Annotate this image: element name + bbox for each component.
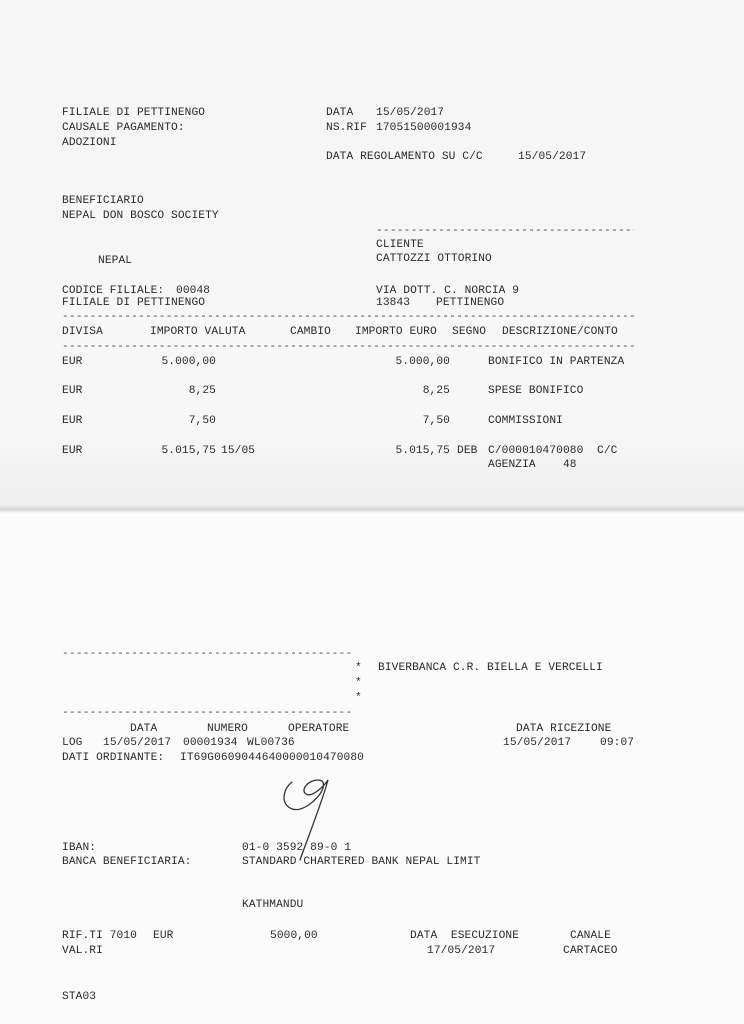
row-importo-valuta: 8,25 — [120, 384, 216, 398]
data-value: 15/05/2017 — [376, 106, 444, 120]
row-descrizione: C/000010470080 C/C — [488, 444, 617, 458]
paper-fold-line — [0, 505, 744, 513]
esecuzione-value: 17/05/2017 — [427, 944, 495, 958]
causale-value: ADOZIONI — [62, 136, 117, 150]
col-descrizione: DESCRIZIONE/CONTO — [502, 325, 618, 339]
cliente-name: CATTOZZI OTTORINO — [376, 252, 492, 266]
col-divisa: DIVISA — [62, 325, 103, 339]
bank-box-star: * — [355, 691, 362, 705]
row-descrizione-2: AGENZIA 48 — [488, 458, 577, 472]
cliente-label: CLIENTE — [376, 238, 424, 252]
banca-value: STANDARD CHARTERED BANK NEPAL LIMIT — [242, 855, 480, 869]
table-top-divider: ----------------------------------------… — [62, 310, 634, 324]
bank-box-bottom-divider: ----------------------------------------… — [62, 706, 362, 720]
iban-label: IBAN: — [62, 841, 96, 855]
cliente-city: PETTINENGO — [436, 296, 504, 310]
nsrif-value: 17051500001934 — [376, 121, 471, 135]
bank-box-star: * — [355, 661, 362, 675]
header-branch: FILIALE DI PETTINENGO — [62, 106, 205, 120]
row-importo-euro: 5.015,75 — [380, 444, 450, 458]
col-segno: SEGNO — [452, 325, 486, 339]
log-col-data: DATA — [130, 722, 157, 736]
row-divisa: EUR — [62, 384, 82, 398]
canale-label: CANALE — [570, 929, 611, 943]
footer-amount: 5000,00 — [270, 929, 318, 943]
log-label: LOG — [62, 736, 82, 750]
row-importo-euro: 7,50 — [380, 414, 450, 428]
row-descrizione: COMMISSIONI — [488, 414, 563, 428]
ordinante-value: IT69G0609044640000010470080 — [180, 751, 364, 765]
data-label: DATA — [326, 106, 353, 120]
row-descrizione: SPESE BONIFICO — [488, 384, 583, 398]
row-importo-euro: 5.000,00 — [380, 355, 450, 369]
log-col-numero: NUMERO — [207, 722, 248, 736]
row-importo-euro: 8,25 — [380, 384, 450, 398]
row-divisa: EUR — [62, 444, 82, 458]
beneficiario-label: BENEFICIARIO — [62, 194, 144, 208]
ordinante-label: DATI ORDINANTE: — [62, 751, 164, 765]
log-operatore: WL00736 — [247, 736, 295, 750]
row-divisa: EUR — [62, 414, 82, 428]
ricezione-label: DATA RICEZIONE — [516, 722, 611, 736]
row-importo-valuta: 7,50 — [120, 414, 216, 428]
beneficiario-country: NEPAL — [98, 254, 132, 268]
regolamento-value: 15/05/2017 — [518, 150, 586, 164]
log-numero: 00001934 — [183, 736, 238, 750]
ricezione-time: 09:07 — [600, 736, 634, 750]
footer-currency: EUR — [153, 929, 173, 943]
nsrif-label: NS.RIF — [326, 121, 367, 135]
row-importo-valuta: 5.015,75 — [120, 444, 216, 458]
col-importo-valuta: IMPORTO VALUTA — [150, 325, 245, 339]
paper-bottom-half — [0, 510, 744, 1024]
document-code: STA03 — [62, 990, 96, 1004]
col-importo-euro: IMPORTO EURO — [355, 325, 437, 339]
canale-value: CARTACEO — [563, 944, 618, 958]
bank-name: BIVERBANCA C.R. BIELLA E VERCELLI — [378, 661, 603, 675]
esecuzione-label: DATA ESECUZIONE — [410, 929, 519, 943]
row-segno: DEB — [457, 444, 477, 458]
log-data: 15/05/2017 — [103, 736, 171, 750]
cliente-divider: ----------------------------------------… — [376, 224, 634, 238]
col-cambio: CAMBIO — [290, 325, 331, 339]
causale-label: CAUSALE PAGAMENTO: — [62, 121, 185, 135]
beneficiario-filiale: FILIALE DI PETTINENGO — [62, 296, 205, 310]
bank-box-star: * — [355, 676, 362, 690]
ricezione-date: 15/05/2017 — [503, 736, 571, 750]
iban-value: 01-0 3592 89-0 1 — [242, 841, 351, 855]
rif-label: RIF.TI 7010 — [62, 929, 137, 943]
table-header-divider: ----------------------------------------… — [62, 340, 634, 354]
cliente-cap: 13843 — [376, 296, 410, 310]
banca-label: BANCA BENEFICIARIA: — [62, 855, 191, 869]
row-valuta-date: 15/05 — [221, 444, 255, 458]
beneficiary-city: KATHMANDU — [242, 898, 303, 912]
regolamento-label: DATA REGOLAMENTO SU C/C — [326, 150, 483, 164]
beneficiario-name: NEPAL DON BOSCO SOCIETY — [62, 209, 219, 223]
row-divisa: EUR — [62, 355, 82, 369]
valri-label: VAL.RI — [62, 944, 103, 958]
row-descrizione: BONIFICO IN PARTENZA — [488, 355, 624, 369]
log-col-operatore: OPERATORE — [288, 722, 349, 736]
bank-box-top-divider: ----------------------------------------… — [62, 647, 362, 661]
row-importo-valuta: 5.000,00 — [120, 355, 216, 369]
